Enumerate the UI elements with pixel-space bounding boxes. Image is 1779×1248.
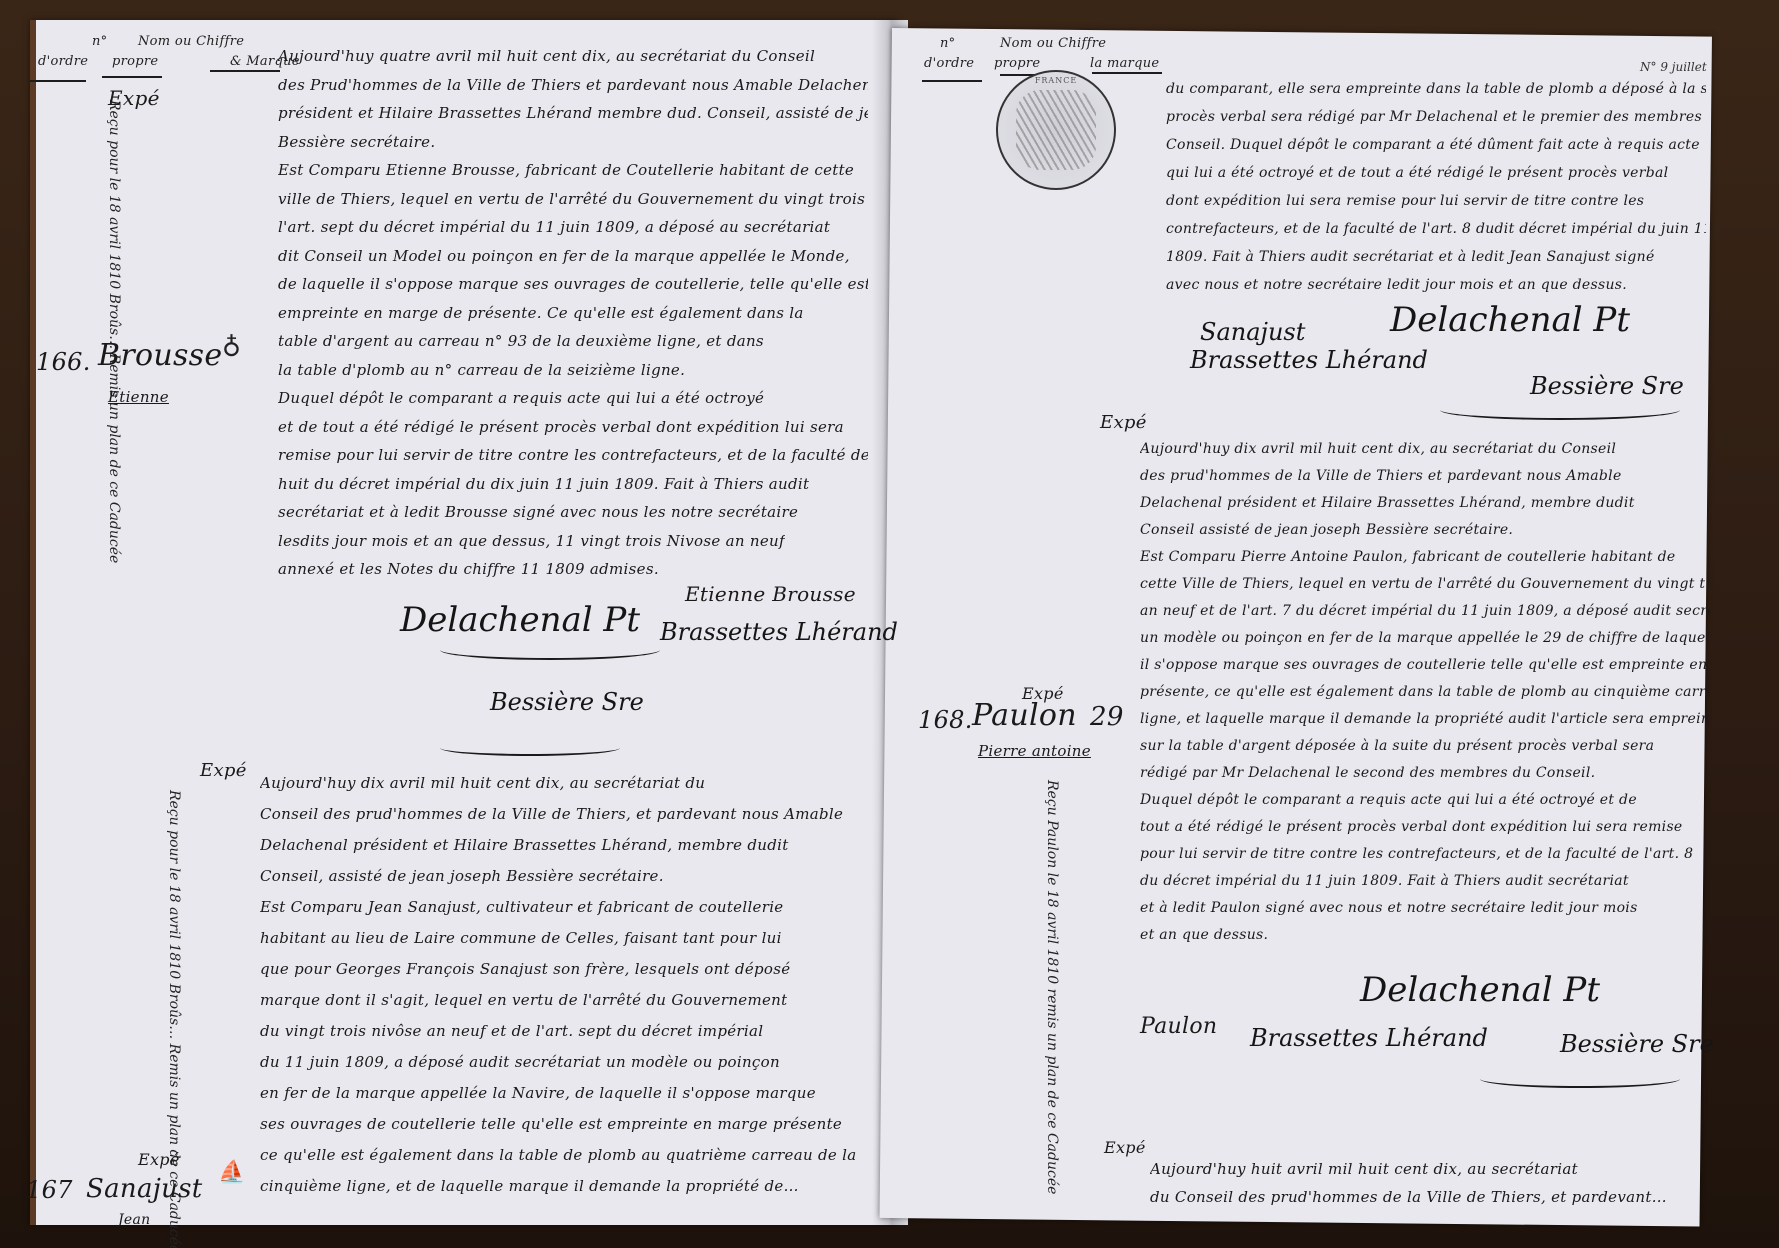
manuscript-line: la table d'plomb au n° carreau de la sei…: [278, 359, 685, 381]
manuscript-line: il s'oppose marque ses ouvrages de coute…: [1140, 654, 1710, 676]
signature-delachenal: Delachenal Pt: [1360, 970, 1600, 1010]
manuscript-line: an neuf et de l'art. 7 du décret impéria…: [1140, 600, 1710, 622]
trademark-ship-icon: ⛵: [218, 1160, 245, 1185]
entry-firstname: Etienne: [108, 388, 169, 406]
manuscript-line: Duquel dépôt le comparant a requis acte …: [278, 387, 764, 409]
manuscript-line: du Conseil des prud'hommes de la Ville d…: [1150, 1186, 1667, 1208]
manuscript-line: pour lui servir de titre contre les cont…: [1140, 843, 1693, 865]
manuscript-line: ce qu'elle est également dans la table d…: [260, 1144, 856, 1166]
manuscript-line: huit du décret impérial du dix juin 11 j…: [278, 473, 809, 495]
signature-flourish: [1480, 1070, 1680, 1088]
manuscript-line: Est Comparu Pierre Antoine Paulon, fabri…: [1140, 546, 1675, 568]
manuscript-line: Aujourd'huy dix avril mil huit cent dix,…: [260, 772, 705, 794]
manuscript-line: Aujourd'huy dix avril mil huit cent dix,…: [1140, 438, 1616, 460]
signature-brassettes: Brassettes Lhérand: [660, 618, 898, 646]
manuscript-line: du décret impérial du 11 juin 1809. Fait…: [1140, 870, 1629, 892]
manuscript-line: 1809. Fait à Thiers audit secrétariat et…: [1166, 246, 1655, 268]
manuscript-line: dont expédition lui sera remise pour lui…: [1166, 190, 1644, 212]
entry-firstname: Pierre antoine: [978, 742, 1091, 760]
signature-bessiere: Bessière Sre: [1560, 1030, 1714, 1058]
signature-bessiere: Bessière Sre: [490, 688, 644, 716]
left-header-col2-top: Nom ou Chiffre: [138, 34, 244, 49]
manuscript-line: Conseil, assisté de jean joseph Bessière…: [260, 865, 664, 887]
manuscript-line: qui lui a été octroyé et de tout a été r…: [1166, 162, 1668, 184]
right-header-col2-top: Nom ou Chiffre: [1000, 36, 1106, 51]
manuscript-line: Aujourd'huy huit avril mil huit cent dix…: [1150, 1158, 1578, 1180]
manuscript-line: et à ledit Paulon signé avec nous et not…: [1140, 897, 1638, 919]
right-header-col3: la marque: [1090, 56, 1159, 71]
entry-firstname: Jean: [118, 1212, 150, 1228]
signature-brassettes: Brassettes Lhérand: [1250, 1024, 1488, 1052]
seal-text: FRANCE: [998, 76, 1114, 85]
entry-surname: Sanajust: [86, 1174, 203, 1204]
manuscript-line: ligne, et laquelle marque il demande la …: [1140, 708, 1710, 730]
manuscript-line: et de tout a été rédigé le présent procè…: [278, 416, 844, 438]
manuscript-line: contrefacteurs, et de la faculté de l'ar…: [1166, 218, 1706, 240]
manuscript-line: ses ouvrages de coutellerie telle qu'ell…: [260, 1113, 842, 1135]
header-rule: [922, 80, 982, 82]
manuscript-line: Delachenal président et Hilaire Brassett…: [1140, 492, 1635, 514]
manuscript-line: marque dont il s'agit, lequel en vertu d…: [260, 989, 787, 1011]
trademark-29-mark: 29: [1090, 702, 1124, 732]
margin-side-note: Reçu Paulon le 18 avril 1810 remis un pl…: [1044, 780, 1060, 1194]
page-number: N° 9 juillet: [1640, 60, 1707, 74]
manuscript-line: de laquelle il s'oppose marque ses ouvra…: [278, 273, 868, 295]
manuscript-line: habitant au lieu de Laire commune de Cel…: [260, 927, 782, 949]
header-rule: [1092, 72, 1162, 74]
entry-annotation: Expé: [1100, 412, 1147, 433]
stamp-seal-icon: FRANCE: [996, 70, 1116, 190]
left-header-col1-top: n°: [92, 34, 107, 49]
manuscript-line: président et Hilaire Brassettes Lhérand …: [278, 102, 868, 124]
manuscript-line: Duquel dépôt le comparant a requis acte …: [1140, 789, 1637, 811]
manuscript-line: Conseil des prud'hommes de la Ville de T…: [260, 803, 843, 825]
entry-surname: Brousse: [98, 338, 222, 373]
manuscript-line: dit Conseil un Model ou poinçon en fer d…: [278, 245, 850, 267]
entry-annotation: Expé: [1104, 1138, 1146, 1157]
entry-number: 166.: [36, 348, 91, 376]
signature-brousse: Etienne Brousse: [685, 582, 856, 606]
manuscript-line: sur la table d'argent déposée à la suite…: [1140, 735, 1654, 757]
signature-sanajust: Sanajust: [1200, 318, 1305, 346]
manuscript-line: du vingt trois nivôse an neuf et de l'ar…: [260, 1020, 763, 1042]
signature-flourish: [440, 640, 660, 660]
manuscript-line: du 11 juin 1809, a déposé audit secrétar…: [260, 1051, 780, 1073]
manuscript-line: secrétariat et à ledit Brousse signé ave…: [278, 501, 798, 523]
signature-flourish: [1440, 400, 1680, 420]
signature-bessiere: Bessière Sre: [1530, 372, 1684, 400]
signature-brassettes: Brassettes Lhérand: [1190, 346, 1428, 374]
manuscript-line: présente, ce qu'elle est également dans …: [1140, 681, 1710, 703]
manuscript-line: procès verbal sera rédigé par Mr Delache…: [1166, 106, 1706, 128]
signature-delachenal: Delachenal Pt: [400, 600, 640, 640]
seal-figure: [1016, 90, 1096, 170]
manuscript-line: Bessière secrétaire.: [278, 131, 435, 153]
manuscript-line: empreinte en marge de présente. Ce qu'el…: [278, 302, 804, 324]
manuscript-line: rédigé par Mr Delachenal le second des m…: [1140, 762, 1595, 784]
manuscript-line: et an que dessus.: [1140, 924, 1268, 946]
header-rule: [30, 80, 86, 82]
manuscript-line: Conseil. Duquel dépôt le comparant a été…: [1166, 134, 1700, 156]
entry-annotation: Expé: [138, 1150, 180, 1169]
manuscript-line: table d'argent au carreau n° 93 de la de…: [278, 330, 764, 352]
entry-annotation: Expé: [200, 760, 247, 781]
right-header-col2: propre: [994, 56, 1040, 71]
trademark-globe-icon: ♁: [222, 330, 241, 360]
manuscript-line: l'art. sept du décret impérial du 11 jui…: [278, 216, 830, 238]
manuscript-line: Conseil assisté de jean joseph Bessière …: [1140, 519, 1513, 541]
manuscript-line: cinquième ligne, et de laquelle marque i…: [260, 1175, 799, 1197]
manuscript-line: un modèle ou poinçon en fer de la marque…: [1140, 627, 1710, 649]
manuscript-line: du comparant, elle sera empreinte dans l…: [1166, 78, 1706, 100]
manuscript-line: ville de Thiers, lequel en vertu de l'ar…: [278, 188, 865, 210]
manuscript-line: des Prud'hommes de la Ville de Thiers et…: [278, 74, 868, 96]
signature-flourish: [440, 740, 620, 756]
manuscript-line: Est Comparu Jean Sanajust, cultivateur e…: [260, 896, 783, 918]
manuscript-line: Delachenal président et Hilaire Brassett…: [260, 834, 789, 856]
header-rule: [210, 70, 280, 72]
signature-paulon: Paulon: [1140, 1014, 1217, 1039]
right-header-col1-top: n°: [940, 36, 955, 51]
right-header-col1: d'ordre: [924, 56, 974, 71]
manuscript-line: Est Comparu Etienne Brousse, fabricant d…: [278, 159, 854, 181]
signature-delachenal: Delachenal Pt: [1390, 300, 1630, 340]
manuscript-line: que pour Georges François Sanajust son f…: [260, 958, 790, 980]
manuscript-line: tout a été rédigé le présent procès verb…: [1140, 816, 1683, 838]
manuscript-line: cette Ville de Thiers, lequel en vertu d…: [1140, 573, 1710, 595]
manuscript-line: avec nous et notre secrétaire ledit jour…: [1166, 274, 1627, 296]
entry-surname: Paulon: [972, 698, 1077, 733]
header-rule: [102, 76, 162, 78]
manuscript-line: lesdits jour mois et an que dessus, 11 v…: [278, 530, 785, 552]
left-header-col1: d'ordre: [38, 54, 88, 69]
margin-side-note: Reçu pour le 18 avril 1810 Broûs… Remis …: [106, 100, 122, 563]
manuscript-line: Aujourd'huy quatre avril mil huit cent d…: [278, 45, 815, 67]
manuscript-line: remise pour lui servir de titre contre l…: [278, 444, 868, 466]
left-header-col2: propre: [112, 54, 158, 69]
entry-number: 168.: [918, 706, 973, 734]
entry-number: 167: [26, 1176, 73, 1204]
manuscript-line: annexé et les Notes du chiffre 11 1809 a…: [278, 558, 659, 580]
manuscript-line: en fer de la marque appellée la Navire, …: [260, 1082, 816, 1104]
manuscript-line: des prud'hommes de la Ville de Thiers et…: [1140, 465, 1622, 487]
